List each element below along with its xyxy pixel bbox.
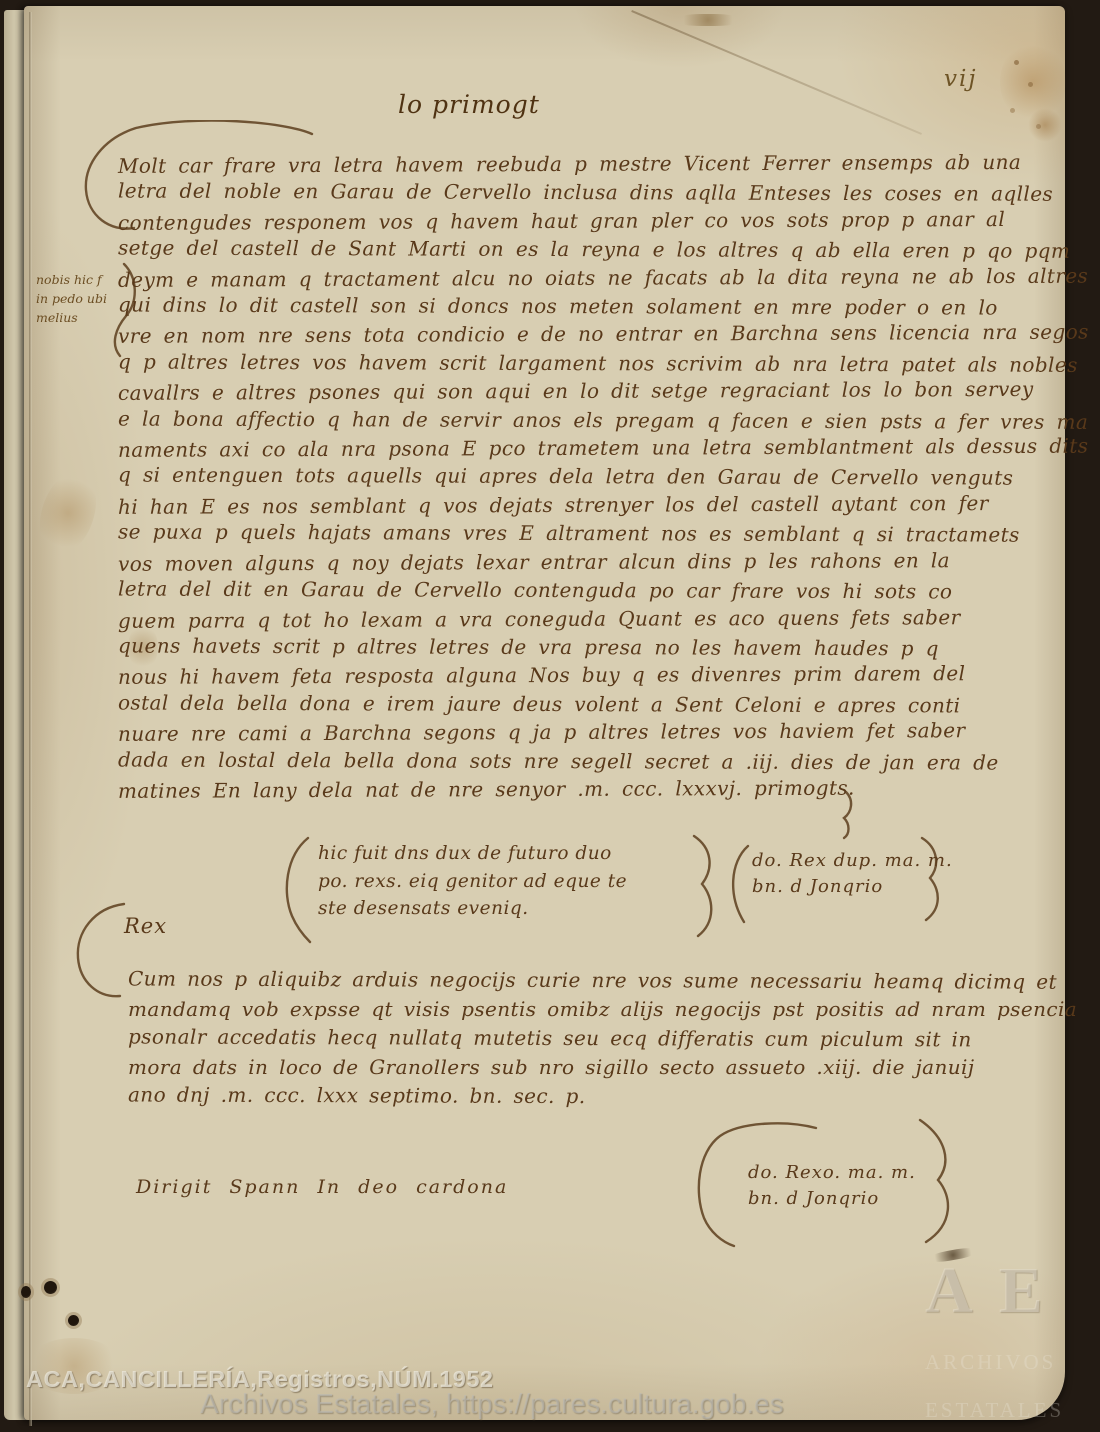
manuscript-line: bn. d Jonqrio: [748, 1186, 916, 1212]
side-note-registration: do. Rex dup. ma. m.bn. d Jonqrio: [752, 848, 953, 900]
manuscript-line: quens havets scrit p altres letres de vr…: [118, 631, 974, 662]
folio-number: vij: [944, 66, 977, 92]
archivos-estatales-logo-watermark: AE ARCHIVOS ESTATALES: [925, 1255, 1065, 1420]
manuscript-line: deym e manam q tractament alcu no oiats …: [118, 262, 974, 294]
wormhole: [21, 1286, 31, 1298]
ink-smudge: [676, 14, 740, 26]
foxing-specks: [1014, 60, 1019, 65]
manuscript-line: mora dats in loco de Granollers sub nro …: [128, 1053, 988, 1082]
stain: [30, 464, 106, 562]
manuscript-line: se puxa p quels hajats amans vres E altr…: [118, 518, 974, 549]
royal-mandate-body: Cum nos p aliquibz arduis negocijs curie…: [128, 966, 988, 1111]
manuscript-line: nous hi havem feta resposta alguna Nos b…: [118, 659, 974, 691]
manuscript-line: hi han E es nos semblant q vos dejats st…: [118, 489, 974, 521]
letter-body: Molt car frare vra letra havem reebuda p…: [118, 150, 974, 803]
manuscript-line: nuare nre cami a Barchna segons q ja p a…: [118, 716, 974, 748]
manuscript-line: ste desensats eveniq.: [318, 895, 627, 923]
manuscript-line: do. Rex dup. ma. m.: [752, 848, 953, 874]
wormhole: [44, 1281, 57, 1294]
address-line: Dirigit Spann In deo cardona: [136, 1176, 508, 1198]
manuscript-line: vos moven alguns q noy dejats lexar entr…: [118, 546, 974, 578]
manuscript-line: naments axi co ala nra psona E pco trame…: [118, 432, 974, 464]
manuscript-line: Cum nos p aliquibz arduis negocijs curie…: [128, 964, 988, 996]
manuscript-line: guem parra q tot ho lexam a vra coneguda…: [118, 603, 974, 635]
manuscript-line: letra del noble en Garau de Cervello inc…: [118, 177, 974, 208]
manuscript-line: e la bona affectio q han de servir anos …: [118, 404, 974, 435]
manuscript-line: ano dnj .m. ccc. lxxx septimo. bn. sec. …: [128, 1080, 988, 1112]
manuscript-line: melius: [36, 308, 110, 327]
manuscript-line: psonalr accedatis hecq nullatq mutetis s…: [128, 1022, 988, 1054]
stain: [1000, 42, 1066, 122]
manuscript-line: mandamq vob expsse qt visis psentis omib…: [128, 995, 988, 1024]
manuscript-line: vre en nom nre sens tota condicio e de n…: [118, 319, 974, 351]
latin-registration-note: hic fuit dns dux de futuro duopo. rexs. …: [318, 840, 627, 923]
source-url-watermark: Archivos Estatales, https://pares.cultur…: [200, 1388, 784, 1420]
manuscript-line: letra del dit en Garau de Cervello conte…: [118, 575, 974, 606]
manuscript-line: po. rexs. eiq genitor ad eque te: [318, 868, 627, 896]
manuscript-line: do. Rexo. ma. m.: [748, 1160, 916, 1186]
margin-note: nobis hic fin pedo ubimelius: [36, 270, 110, 327]
manuscript-line: matines En lany dela nat de nre senyor .…: [118, 773, 974, 805]
logo-line2: ESTATALES: [925, 1397, 1065, 1420]
logo-line1: ARCHIVOS: [925, 1349, 1065, 1375]
manuscript-line: bn. d Jonqrio: [752, 874, 953, 900]
rex-heading: Rex: [124, 914, 167, 938]
side-note-registration: do. Rexo. ma. m.bn. d Jonqrio: [748, 1160, 916, 1212]
manuscript-line: cavallrs e altres psones qui son aqui en…: [118, 375, 974, 407]
wormhole: [68, 1315, 79, 1326]
stain: [1028, 108, 1062, 142]
manuscript-line: Molt car frare vra letra havem reebuda p…: [118, 148, 974, 180]
binding-crease: [29, 12, 32, 1426]
manuscript-line: dada en lostal dela bella dona sots nre …: [118, 745, 974, 776]
document-heading: lo primogt: [398, 90, 540, 119]
manuscript-line: contengudes responem vos q havem haut gr…: [118, 205, 974, 237]
manuscript-line: q p altres letres vos havem scrit largam…: [118, 347, 974, 378]
manuscript-scan: vij lo primogt nobis hic fin pedo ubimel…: [0, 0, 1100, 1432]
logo-letters: AE: [925, 1255, 1065, 1327]
manuscript-line: setge del castell de Sant Marti on es la…: [118, 234, 974, 265]
manuscript-line: nobis hic f: [36, 270, 110, 289]
manuscript-line: ostal dela bella dona e irem jaure deus …: [118, 688, 974, 719]
manuscript-line: hic fuit dns dux de futuro duo: [318, 840, 627, 868]
corner-fold-crease: [631, 10, 922, 135]
manuscript-line: q si entenguen tots aquells qui apres de…: [118, 461, 974, 492]
manuscript-line: qui dins lo dit castell son si doncs nos…: [118, 291, 974, 322]
manuscript-line: in pedo ubi: [36, 289, 110, 308]
